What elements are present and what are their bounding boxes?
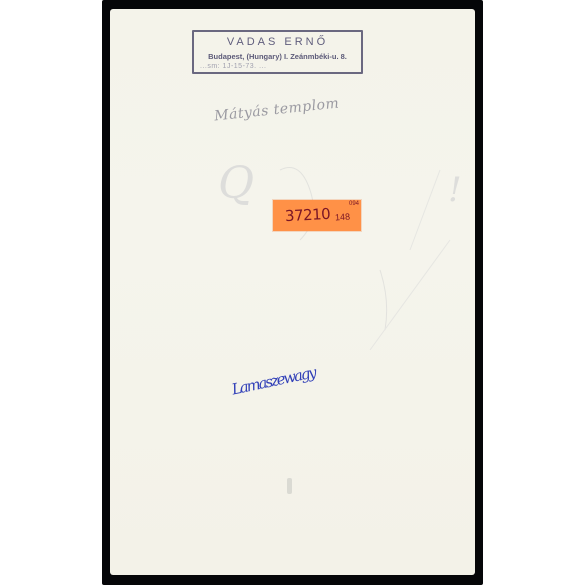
stamp-date: ...sm: 1J-15-73. ... [200,63,266,70]
stamp-address: Budapest, (Hungary) I. Zeánmbéki-u. 8. [194,52,361,61]
inventory-superscript: 094 [349,201,359,207]
photographer-stamp: VADAS ERNŐ Budapest, (Hungary) I. Zeánmb… [192,30,363,74]
inventory-number: 37210 [285,205,331,225]
faint-pencil-strokes [240,150,470,350]
pencil-smudge [287,478,292,494]
inventory-sticker: 37210 148 094 [273,200,361,231]
inventory-code: 148 [335,211,351,222]
stamp-name: VADAS ERNŐ [194,36,361,48]
